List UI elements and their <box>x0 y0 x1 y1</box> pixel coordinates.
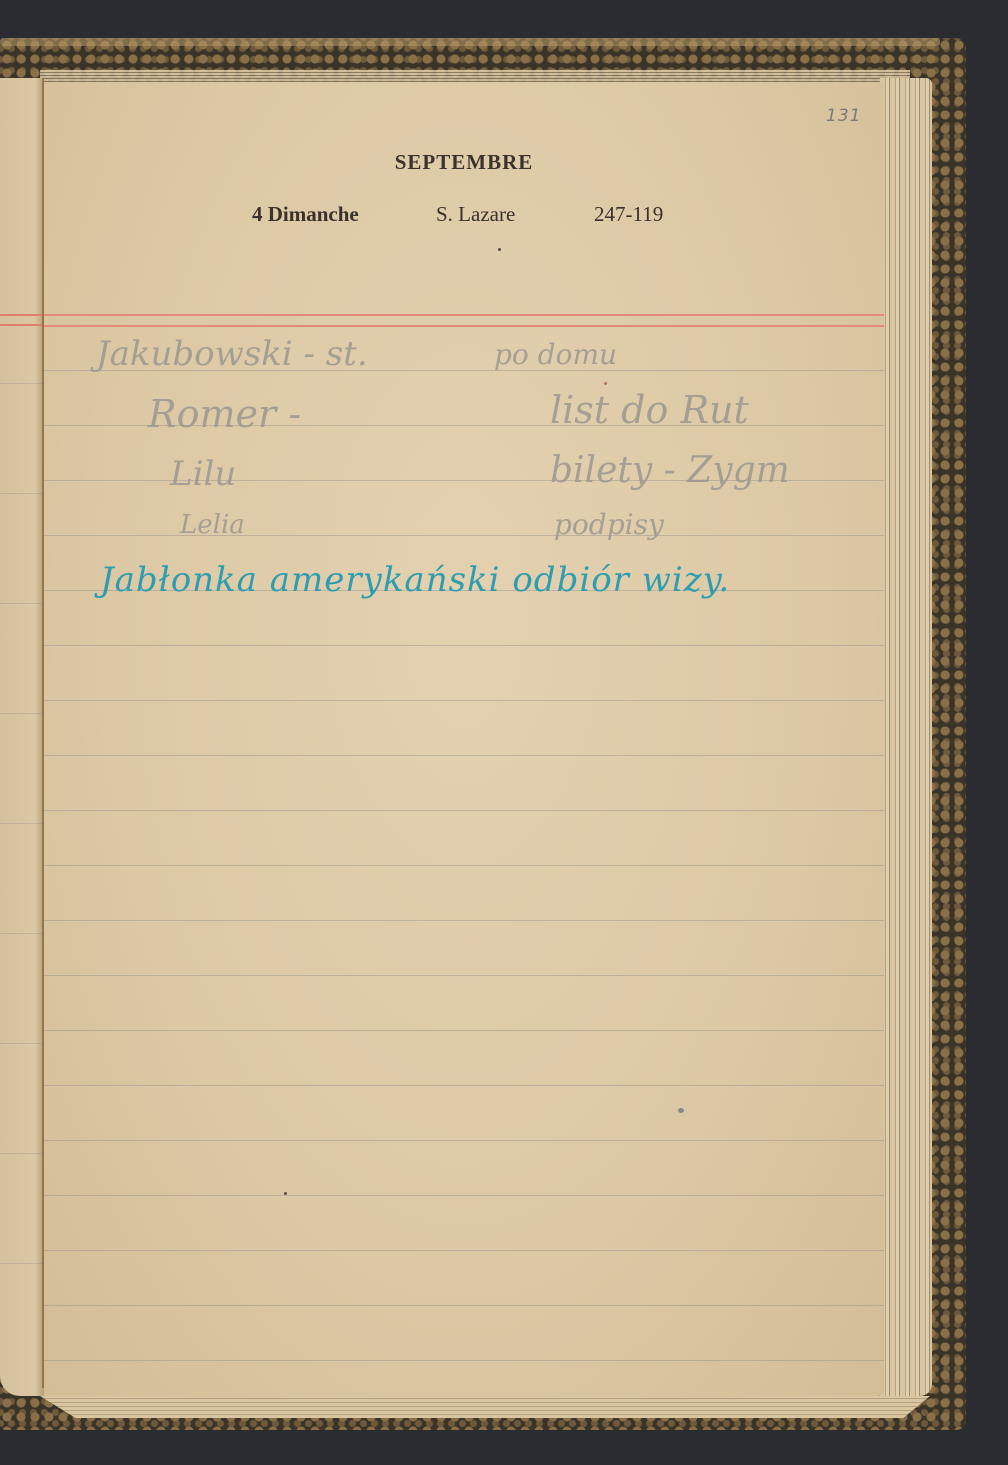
left-grey-rule <box>0 713 44 714</box>
pencil-note-right-1: po domu <box>494 338 617 371</box>
pencil-note-left-1: Jakubowski - st. <box>96 334 368 374</box>
pencil-note-left-4: Lelia <box>180 510 245 540</box>
left-grey-rule <box>0 1043 44 1044</box>
page-number: 131 <box>826 106 861 126</box>
day-of-year: 247-119 <box>594 202 663 227</box>
paper-speck <box>284 1192 287 1195</box>
diary-page: 131 SEPTEMBRE 4 Dimanche S. Lazare 247-1… <box>44 82 884 1396</box>
left-grey-rule <box>0 1263 44 1264</box>
date-line: 4 Dimanche S. Lazare 247-119 <box>252 202 663 227</box>
left-grey-rule <box>0 383 44 384</box>
cover-top-edge <box>0 38 940 46</box>
left-facing-page <box>0 78 44 1396</box>
grey-rule <box>44 1085 884 1086</box>
red-rule-top <box>44 314 884 316</box>
month-heading: SEPTEMBRE <box>44 150 884 175</box>
pencil-note-right-3: bilety - Zygm <box>550 450 790 491</box>
left-red-rule <box>0 314 44 316</box>
grey-rule <box>44 1140 884 1141</box>
grey-rule <box>44 1030 884 1031</box>
day-label: 4 Dimanche <box>252 202 436 227</box>
grey-rule <box>44 865 884 866</box>
grey-rule <box>44 920 884 921</box>
bottom-page-edges <box>40 1396 930 1418</box>
left-grey-rule <box>0 493 44 494</box>
grey-rule <box>44 1305 884 1306</box>
print-dot <box>498 248 501 251</box>
right-page-edges <box>880 78 932 1396</box>
grey-rule <box>44 755 884 756</box>
grey-rule <box>44 535 884 536</box>
left-grey-rule <box>0 603 44 604</box>
grey-rule <box>44 1250 884 1251</box>
left-grey-rule <box>0 823 44 824</box>
left-grey-rule <box>0 933 44 934</box>
grey-rule <box>44 645 884 646</box>
red-rule-bottom <box>44 325 884 327</box>
paper-speck <box>678 1108 684 1113</box>
pencil-note-right-4: podpisy <box>554 508 664 541</box>
grey-rule <box>44 975 884 976</box>
grey-rule <box>44 700 884 701</box>
grey-rule <box>44 1195 884 1196</box>
left-red-rule <box>0 324 44 326</box>
grey-rule <box>44 1360 884 1361</box>
paper-speck <box>604 382 607 385</box>
saint-label: S. Lazare <box>436 202 594 227</box>
pencil-note-left-2: Romer - <box>148 392 301 436</box>
grey-rule <box>44 810 884 811</box>
pencil-note-right-2: list do Rut <box>550 388 749 432</box>
left-grey-rule <box>0 1153 44 1154</box>
ink-note: Jabłonka amerykański odbiór wizy. <box>100 560 730 600</box>
pencil-note-left-3: Lilu <box>170 454 236 494</box>
